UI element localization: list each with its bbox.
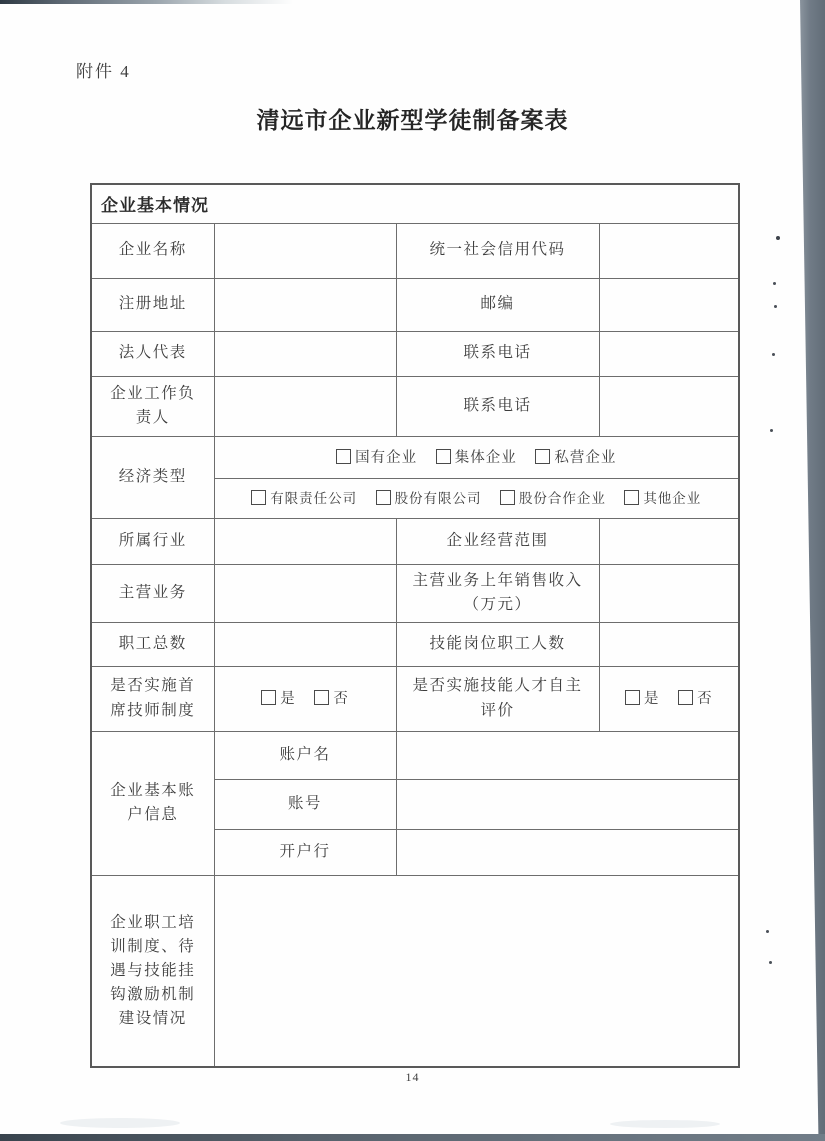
account-number-value	[396, 779, 739, 829]
total-employees-value	[214, 622, 396, 666]
chief-technician-label: 是否实施首席技师制度	[91, 666, 214, 731]
table-row: 企业基本情况	[91, 184, 739, 223]
credit-code-value	[599, 223, 739, 278]
checkbox-option-label: 集体企业	[455, 446, 517, 467]
work-manager-phone-label: 联系电话	[396, 376, 599, 436]
checkbox-option-limited-liability[interactable]: 有限责任公司	[251, 487, 357, 507]
checkbox-icon[interactable]	[436, 449, 451, 464]
table-row: 企业基本账户信息 账户名	[91, 731, 739, 779]
table-row: 法人代表 联系电话	[91, 331, 739, 376]
industry-value	[214, 518, 396, 564]
checkbox-icon[interactable]	[624, 490, 639, 505]
checkbox-option-skill-eval-no[interactable]: 否	[678, 687, 713, 708]
table-row: 职工总数 技能岗位职工人数	[91, 622, 739, 666]
bank-branch-value	[396, 829, 739, 875]
checkbox-option-label: 有限责任公司	[270, 487, 357, 507]
economic-type-options-line1: 国有企业 集体企业 私营企业	[214, 436, 739, 478]
postal-code-label: 邮编	[396, 278, 599, 331]
checkbox-icon[interactable]	[261, 690, 276, 705]
registered-address-label: 注册地址	[91, 278, 214, 331]
checkbox-option-chief-technician-yes[interactable]: 是	[261, 687, 296, 708]
total-employees-label: 职工总数	[91, 622, 214, 666]
scan-speck	[774, 305, 777, 308]
main-business-value	[214, 564, 396, 622]
table-row: 企业工作负责人 联系电话	[91, 376, 739, 436]
checkbox-icon[interactable]	[535, 449, 550, 464]
section-header: 企业基本情况	[91, 184, 739, 223]
skilled-employees-label: 技能岗位职工人数	[396, 622, 599, 666]
training-system-label: 企业职工培训制度、待遇与技能挂钩激励机制建设情况	[91, 875, 214, 1067]
checkbox-option-label: 否	[697, 687, 713, 708]
checkbox-icon[interactable]	[625, 690, 640, 705]
table-row: 所属行业 企业经营范围	[91, 518, 739, 564]
legal-representative-label: 法人代表	[91, 331, 214, 376]
table-row: 企业职工培训制度、待遇与技能挂钩激励机制建设情况	[91, 875, 739, 1067]
account-name-label: 账户名	[214, 731, 396, 779]
table-row: 主营业务 主营业务上年销售收入（万元）	[91, 564, 739, 622]
scan-smudge	[60, 1118, 180, 1128]
postal-code-value	[599, 278, 739, 331]
scan-speck	[776, 236, 780, 240]
checkbox-option-stock-company[interactable]: 股份有限公司	[376, 487, 482, 507]
table-row: 经济类型 国有企业 集体企业 私营企业	[91, 436, 739, 478]
industry-label: 所属行业	[91, 518, 214, 564]
checkbox-option-label: 是	[280, 687, 296, 708]
checkbox-option-label: 私营企业	[554, 446, 616, 467]
chief-technician-options: 是 否	[214, 666, 396, 731]
enterprise-info-table: 企业基本情况 企业名称 统一社会信用代码 注册地址 邮编 法人代表 联系电话 企…	[90, 183, 740, 1068]
skill-self-evaluation-label: 是否实施技能人才自主评价	[396, 666, 599, 731]
checkbox-icon[interactable]	[251, 490, 266, 505]
bank-account-label: 企业基本账户信息	[91, 731, 214, 875]
checkbox-option-skill-eval-yes[interactable]: 是	[625, 687, 660, 708]
account-number-label: 账号	[214, 779, 396, 829]
legal-rep-phone-label: 联系电话	[396, 331, 599, 376]
table-row: 是否实施首席技师制度 是 否 是否实施技能人才自主评价 是 否	[91, 666, 739, 731]
scan-artifact-right-edge	[800, 0, 825, 1141]
sales-revenue-value	[599, 564, 739, 622]
checkbox-option-label: 否	[333, 687, 349, 708]
table-row: 注册地址 邮编	[91, 278, 739, 331]
work-manager-value	[214, 376, 396, 436]
skill-self-evaluation-options: 是 否	[599, 666, 739, 731]
scan-speck	[770, 429, 773, 432]
checkbox-icon[interactable]	[314, 690, 329, 705]
checkbox-icon[interactable]	[376, 490, 391, 505]
account-name-value	[396, 731, 739, 779]
checkbox-option-label: 国有企业	[355, 446, 417, 467]
checkbox-icon[interactable]	[500, 490, 515, 505]
enterprise-name-value	[214, 223, 396, 278]
legal-rep-phone-value	[599, 331, 739, 376]
business-scope-value	[599, 518, 739, 564]
skilled-employees-value	[599, 622, 739, 666]
sales-revenue-label: 主营业务上年销售收入（万元）	[396, 564, 599, 622]
checkbox-icon[interactable]	[678, 690, 693, 705]
scan-speck	[773, 282, 776, 285]
work-manager-label: 企业工作负责人	[91, 376, 214, 436]
checkbox-option-label: 其他企业	[643, 487, 701, 507]
economic-type-label: 经济类型	[91, 436, 214, 518]
registered-address-value	[214, 278, 396, 331]
table-row: 企业名称 统一社会信用代码	[91, 223, 739, 278]
enterprise-name-label: 企业名称	[91, 223, 214, 278]
checkbox-option-private[interactable]: 私营企业	[535, 446, 616, 467]
attachment-label: 附件 4	[76, 57, 131, 82]
credit-code-label: 统一社会信用代码	[396, 223, 599, 278]
main-business-label: 主营业务	[91, 564, 214, 622]
checkbox-option-chief-technician-no[interactable]: 否	[314, 687, 349, 708]
scan-artifact-top-edge	[0, 0, 345, 4]
checkbox-option-state-owned[interactable]: 国有企业	[336, 446, 417, 467]
business-scope-label: 企业经营范围	[396, 518, 599, 564]
economic-type-options-line2: 有限责任公司 股份有限公司 股份合作企业 其他企业	[214, 478, 739, 518]
work-manager-phone-value	[599, 376, 739, 436]
legal-representative-value	[214, 331, 396, 376]
bank-branch-label: 开户行	[214, 829, 396, 875]
document-page: 附件 4 清远市企业新型学徒制备案表 企业基本情况 企业名称 统一社会信用代码 …	[0, 0, 825, 1141]
scan-speck	[772, 353, 775, 356]
checkbox-option-collective[interactable]: 集体企业	[436, 446, 517, 467]
checkbox-option-label: 是	[644, 687, 660, 708]
checkbox-option-other-enterprise[interactable]: 其他企业	[624, 487, 701, 507]
scan-artifact-bottom-edge	[0, 1134, 825, 1141]
checkbox-option-label: 股份合作企业	[519, 487, 606, 507]
checkbox-option-stock-cooperative[interactable]: 股份合作企业	[500, 487, 606, 507]
checkbox-icon[interactable]	[336, 449, 351, 464]
page-title: 清远市企业新型学徒制备案表	[0, 102, 825, 135]
scan-speck	[766, 930, 769, 933]
training-system-value	[214, 875, 739, 1067]
page-number: 14	[0, 1070, 825, 1085]
scan-speck	[769, 961, 772, 964]
scan-smudge	[610, 1120, 720, 1128]
checkbox-option-label: 股份有限公司	[395, 487, 482, 507]
